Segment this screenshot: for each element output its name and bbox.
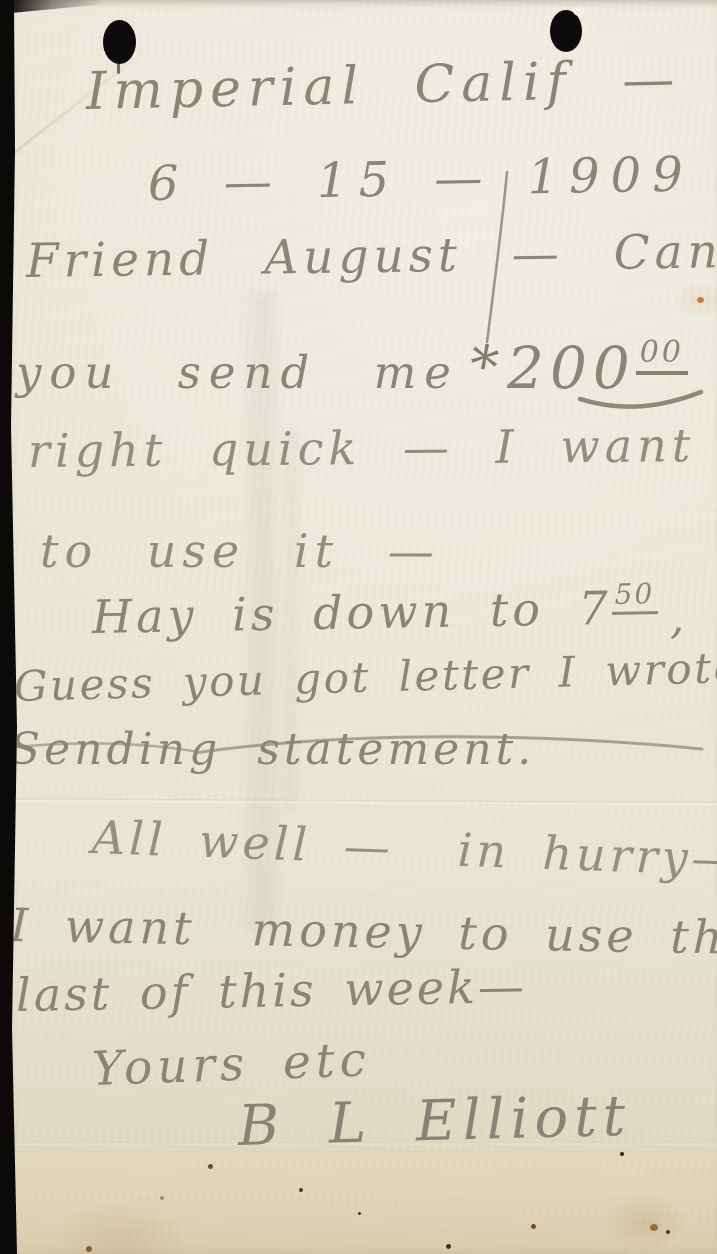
foxing-spot — [666, 1230, 670, 1234]
foxing-spot — [650, 1224, 658, 1231]
line-location: Imperial Calif — — [85, 50, 682, 122]
letter-paper: Imperial Calif — 6 — 15 — 1909 Friend Au… — [0, 0, 717, 1254]
line-salutation: Friend August — Can — [26, 224, 717, 289]
line-last-of-week: last of this week— — [16, 959, 528, 1022]
handwriting-gap — [195, 944, 251, 945]
foxing-spot — [208, 1164, 213, 1169]
want-money-part1: I want — [10, 898, 197, 955]
hay-price-prefix: Hay is down to 7 — [92, 581, 613, 644]
scan-edge-corner — [0, 0, 150, 14]
hay-price-comma: , — [669, 590, 689, 644]
line-guess-letter: Guess you got letter I wrote — [13, 643, 717, 711]
hay-price-cents: 50 — [611, 577, 657, 615]
punch-hole-right — [550, 10, 582, 52]
foxing-spot — [446, 1244, 451, 1249]
scan-background: { "letter": { "location_line": "Imperial… — [0, 0, 717, 1254]
foxing-spot — [531, 1224, 536, 1229]
amount-dollars: 200 — [507, 334, 636, 402]
request-prefix: you send me — [16, 346, 459, 399]
all-well-part1: All well — — [91, 810, 395, 875]
line-want-money: I wantmoney to use the — [10, 898, 717, 965]
foxing-spot — [358, 1212, 361, 1215]
crease-line-horizontal — [0, 798, 717, 806]
foxing-spot — [697, 297, 704, 303]
amount-cents: 00 — [636, 335, 688, 375]
foxing-spot — [160, 1196, 164, 1200]
line-all-well: All well —in hurry— — [91, 810, 717, 887]
dollar-sign-mark: * — [469, 365, 505, 371]
line-date: 6 — 15 — 1909 — [148, 146, 695, 212]
line-signature: B L Elliott — [237, 1084, 632, 1159]
line-hay-price: Hay is down to 750, — [92, 580, 689, 644]
line-to-use-it: to use it — — [40, 524, 440, 578]
all-well-part2: in hurry— — [457, 823, 717, 887]
line-right-quick: right quick — I want — [28, 418, 696, 478]
scanned-letter: Imperial Calif — 6 — 15 — 1909 Friend Au… — [0, 0, 717, 1254]
want-money-part2: money to use the — [251, 902, 717, 965]
foxing-spot — [620, 1152, 624, 1156]
line-closing: Yours etc — [91, 1032, 372, 1097]
foxing-spot — [299, 1188, 303, 1192]
handwriting-gap — [393, 864, 457, 866]
line-request-amount: you send me*20000 — [16, 334, 688, 402]
punch-hole-left — [103, 20, 136, 64]
line-sending-statement: Sending statement. — [10, 724, 535, 775]
foxing-spot — [86, 1246, 92, 1252]
